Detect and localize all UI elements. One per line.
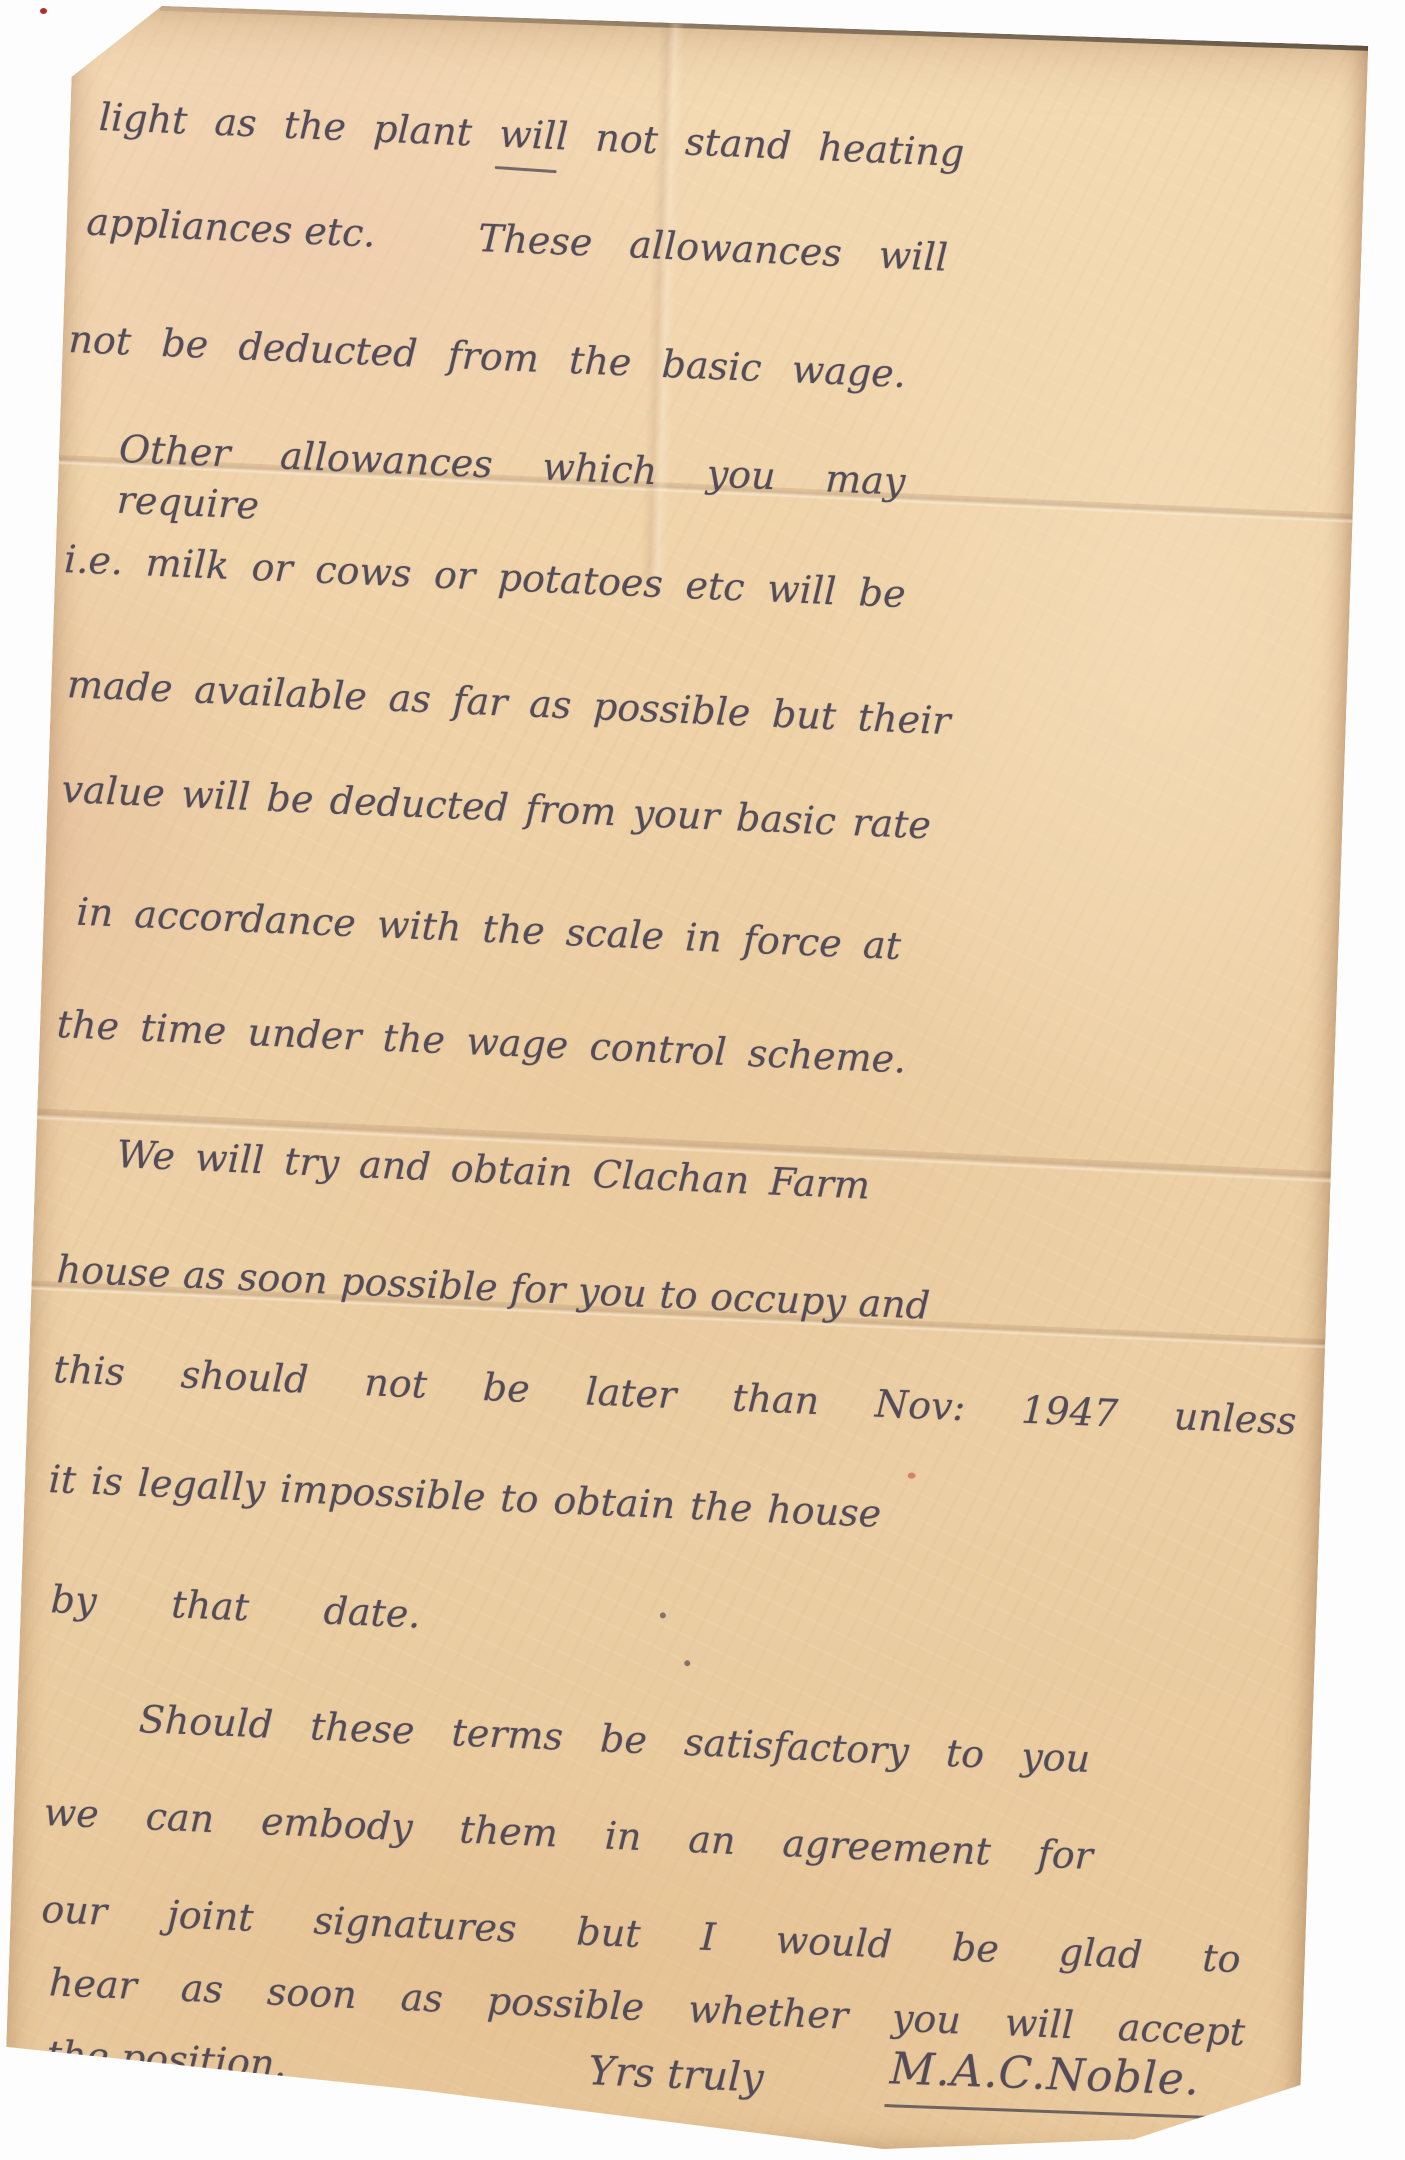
scan-speck [908, 1472, 916, 1478]
letter-line-16: we can embody them in an agreement for [43, 1787, 1094, 1882]
dash-mark [495, 166, 557, 173]
letter-line-12: this should not be later than Nov: 1947 … [52, 1344, 1297, 1447]
letter-line-4: Other allowances which you may require [116, 424, 907, 559]
ink-dot [684, 1660, 690, 1666]
letter-line-9: the time under the wage control scheme. [56, 999, 907, 1086]
letter-paper: light as the plant will not stand heatin… [4, 3, 1369, 2160]
letter-line-7: value will be deducted from your basic r… [61, 764, 932, 852]
scanned-letter-page: light as the plant will not stand heatin… [0, 0, 1405, 2160]
letter-line-8: in accordance with the scale in force at [76, 887, 902, 973]
valediction: Yrs truly [587, 2044, 764, 2105]
letter-line-2-left: appliances etc. [85, 197, 376, 260]
letter-line-2: appliances etc. These allowances will [85, 197, 948, 284]
signature: M.A.C.Noble. [884, 2039, 1210, 2119]
ink-dot [660, 1612, 666, 1618]
letter-line-13: it is legally impossible to obtain the h… [48, 1454, 882, 1540]
letter-line-11: house as soon possible for you to occupy… [56, 1244, 931, 1332]
letter-line-15: Should these terms be satisfactory to yo… [138, 1694, 1091, 1785]
letter-line-14: by that date. [50, 1574, 422, 1641]
letter-closing-text: the position. [46, 2029, 288, 2090]
paper-top-edge [160, 6, 1369, 51]
letter-line-2-right: These allowances will [477, 213, 949, 284]
scan-speck [40, 8, 47, 14]
letter-line-6: made available as far as possible but th… [66, 659, 951, 747]
letter-line-1: light as the plant will not stand heatin… [98, 92, 965, 180]
letter-line-3: not be deducted from the basic wage. [68, 314, 907, 400]
